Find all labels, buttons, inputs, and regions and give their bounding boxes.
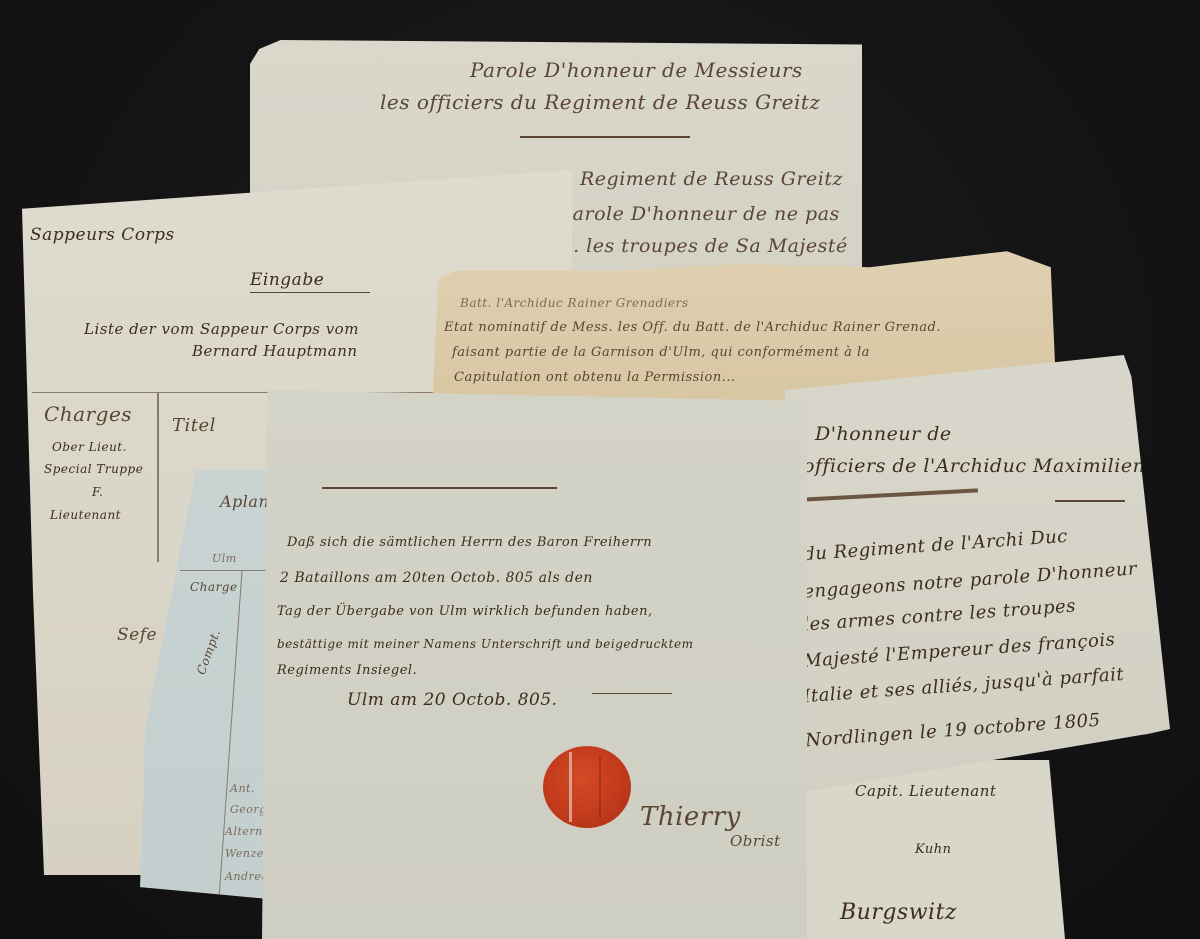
roster-rank: Compt.	[194, 627, 223, 676]
doc-line: faisant partie de la Garnison d'Ulm, qui…	[452, 345, 870, 360]
table-cell: Lieutenant	[50, 508, 121, 522]
roster-name: Ant.	[230, 782, 255, 795]
letter-signature-title: Obrist	[730, 832, 781, 850]
doc-body-line: Regiment de Reuss Greitz	[580, 168, 843, 190]
doc-line: Etat nominatif de Mess. les Off. du Batt…	[444, 320, 941, 335]
doc-fragment: Sefe	[117, 625, 157, 645]
letter-body-line: Daß sich die sämtlichen Herrn des Baron …	[287, 535, 652, 550]
doc-body-line: engageons notre parole D'honneur	[803, 558, 1138, 602]
letter-body-line: Regiments Insiegel.	[277, 663, 417, 678]
table-cell: F.	[92, 485, 103, 499]
roster-subheader: Ulm	[212, 552, 237, 565]
doc-body-line: Liste der vom Sappeur Corps vom	[84, 320, 359, 338]
signature-line: Kuhn	[915, 842, 952, 857]
doc-body-line: parole D'honneur de ne pas	[560, 203, 840, 225]
table-heading-2: Titel	[172, 415, 216, 436]
doc-title-line-1: D'honneur de	[815, 423, 952, 445]
roster-header: Aplan	[220, 492, 269, 511]
signature-line: Capit. Lieutenant	[855, 782, 996, 800]
table-cell: Special Truppe	[44, 462, 143, 476]
red-wax-seal	[543, 746, 631, 828]
document-signatures: Capit. Lieutenant Kuhn Burgswitz	[800, 760, 1065, 939]
doc-title: Eingabe	[250, 270, 324, 290]
letter-signature: Thierry	[640, 802, 741, 832]
letter-body-line: 2 Bataillons am 20ten Octob. 805 als den	[280, 570, 593, 586]
roster-column-heading: Charge	[190, 580, 238, 594]
doc-place-date: Nordlingen le 19 octobre 1805	[805, 710, 1102, 752]
doc-title-line-2: les officiers du Regiment de Reuss Greit…	[380, 90, 820, 114]
doc-body-line: du Regiment de l'Archi Duc	[803, 526, 1069, 565]
roster-name: Wenzel	[225, 847, 268, 860]
table-heading: Charges	[44, 402, 132, 426]
doc-title-line-1: Parole D'honneur de Messieurs	[470, 58, 803, 82]
document-parole-archiduc-maximilien: D'honneur de officiers de l'Archiduc Max…	[785, 355, 1170, 795]
doc-line: Capitulation ont obtenu la Permission...	[454, 370, 736, 385]
doc-body-line: les armes contre les troupes	[803, 595, 1077, 635]
doc-body-line: Majesté l'Empereur des françois	[803, 629, 1116, 672]
signature-line: Burgswitz	[840, 900, 957, 925]
doc-body-line: ... les troupes de Sa Majesté	[560, 235, 848, 257]
doc-body-line: Bernard Hauptmann	[192, 342, 358, 360]
doc-body-line: Italie et ses alliés, jusqu'à parfait	[803, 664, 1125, 707]
doc-line: Batt. l'Archiduc Rainer Grenadiers	[460, 296, 689, 310]
document-ulm-attestation: Daß sich die sämtlichen Herrn des Baron …	[262, 390, 807, 939]
doc-header: Sappeurs Corps	[30, 225, 175, 245]
doc-title-line-2: officiers de l'Archiduc Maximilien	[803, 455, 1145, 477]
letter-body-line: bestättige mit meiner Namens Unterschrif…	[277, 637, 693, 651]
letter-place-date: Ulm am 20 Octob. 805.	[347, 690, 558, 710]
letter-body-line: Tag der Übergabe von Ulm wirklich befund…	[277, 604, 653, 619]
roster-name: Georg	[230, 803, 267, 816]
table-cell: Ober Lieut.	[52, 440, 127, 454]
